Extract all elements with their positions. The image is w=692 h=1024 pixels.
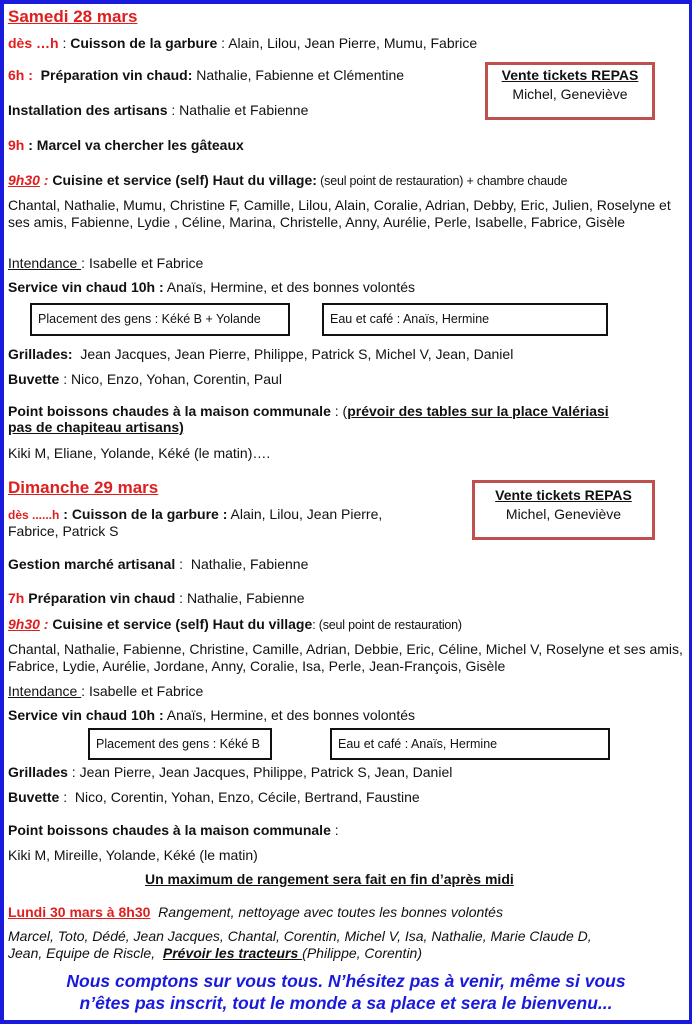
sun-cuisine-names: Chantal, Nathalie, Fabienne, Christine, …	[8, 641, 686, 674]
task-label: Préparation vin chaud:	[41, 67, 193, 83]
task-label: Installation des artisans	[8, 102, 168, 118]
names: : Nathalie et Fabienne	[168, 102, 309, 118]
names: Anaïs, Hermine, et des bonnes volontés	[164, 279, 415, 295]
sat-eau-cafe-box: Eau et café : Anaïs, Hermine	[322, 303, 608, 336]
tracteurs-note: Prévoir les tracteurs	[163, 945, 302, 961]
names: : Nathalie, Fabienne	[175, 556, 308, 572]
sun-buvette-line: Buvette : Nico, Corentin, Yohan, Enzo, C…	[8, 789, 420, 805]
time: 6h :	[8, 67, 33, 83]
names: : Jean Pierre, Jean Jacques, Philippe, P…	[68, 764, 452, 780]
ticket-names: Michel, Geneviève	[475, 506, 652, 522]
sep: :	[331, 822, 339, 838]
tracteurs-names: (Philippe, Corentin)	[302, 945, 422, 961]
sun-cuisine-line: 9h30 : Cuisine et service (self) Haut du…	[8, 616, 462, 632]
day-heading-monday: Lundi 30 mars à 8h30	[8, 904, 150, 920]
sat-vin-line: 6h : Préparation vin chaud: Nathalie, Fa…	[8, 67, 404, 83]
sep: :	[24, 137, 36, 153]
sun-intendance-line: Intendance : Isabelle et Fabrice	[8, 683, 203, 699]
note: pas de chapiteau artisans)	[8, 419, 184, 435]
sun-grillades-line: Grillades : Jean Pierre, Jean Jacques, P…	[8, 764, 452, 780]
task-label: Intendance	[8, 683, 81, 699]
monday-line: Lundi 30 mars à 8h30 Rangement, nettoyag…	[8, 904, 503, 920]
names: Anaïs, Hermine, et des bonnes volontés	[164, 707, 415, 723]
names: : Nathalie, Fabienne	[175, 590, 304, 606]
task-label: Cuisson de la garbure :	[72, 506, 228, 522]
ticket-box-saturday: Vente tickets REPAS Michel, Geneviève	[485, 62, 655, 120]
names: Alain, Lilou, Jean Pierre,	[227, 506, 382, 522]
task-label: Point boissons chaudes à la maison commu…	[8, 822, 331, 838]
task-label: Service vin chaud 10h :	[8, 707, 164, 723]
ticket-title: Vente tickets REPAS	[488, 67, 652, 83]
sun-boissons-line: Point boissons chaudes à la maison commu…	[8, 822, 339, 838]
note: (seul point de restauration) + chambre c…	[317, 174, 567, 188]
closing-line-2: n’êtes pas inscrit, tout le monde a sa p…	[0, 992, 692, 1014]
names: : Nico, Corentin, Yohan, Enzo, Cécile, B…	[59, 789, 419, 805]
note: : (seul point de restauration)	[312, 618, 462, 632]
names: : Isabelle et Fabrice	[81, 255, 203, 271]
sat-artisans-line: Installation des artisans : Nathalie et …	[8, 102, 308, 118]
ticket-names: Michel, Geneviève	[488, 86, 652, 102]
sep: :	[40, 172, 52, 188]
sat-buvette-line: Buvette : Nico, Enzo, Yohan, Corentin, P…	[8, 371, 282, 387]
sat-boissons-names: Kiki M, Eliane, Yolande, Kéké (le matin)…	[8, 445, 270, 461]
task-label: Buvette	[8, 789, 59, 805]
sat-placement-box: Placement des gens : Kéké B + Yolande	[30, 303, 290, 336]
day-heading-sunday: Dimanche 29 mars	[8, 478, 158, 498]
sun-marche-line: Gestion marché artisanal : Nathalie, Fab…	[8, 556, 308, 572]
sep: : (	[331, 403, 347, 419]
note: prévoir des tables sur la place Valérias…	[347, 403, 608, 419]
task-label: Point boissons chaudes à la maison commu…	[8, 403, 331, 419]
time: dès ......h	[8, 508, 59, 522]
monday-names-2: Jean, Equipe de Riscle, Prévoir les trac…	[8, 945, 422, 961]
time: 9h30	[8, 172, 40, 188]
time: 7h	[8, 590, 24, 606]
monday-desc: Rangement, nettoyage avec toutes les bon…	[150, 904, 503, 920]
sun-vin-line: 7h Préparation vin chaud : Nathalie, Fab…	[8, 590, 304, 606]
sun-garbure-line: dès ......h : Cuisson de la garbure : Al…	[8, 506, 382, 522]
sat-cuisine-names: Chantal, Nathalie, Mumu, Christine F, Ca…	[8, 197, 686, 230]
sat-boissons-note-2: pas de chapiteau artisans)	[8, 419, 184, 435]
names: Jean, Equipe de Riscle,	[8, 945, 163, 961]
task-label: Cuisine et service (self) Haut du villag…	[52, 616, 312, 632]
time: 9h	[8, 137, 24, 153]
closing-line-1: Nous comptons sur vous tous. N’hésitez p…	[0, 970, 692, 992]
time: 9h30	[8, 616, 40, 632]
sun-eau-cafe-box: Eau et café : Anaïs, Hermine	[330, 728, 610, 760]
task-label: Gestion marché artisanal	[8, 556, 175, 572]
ticket-title: Vente tickets REPAS	[475, 487, 652, 503]
names: Jean Jacques, Jean Pierre, Philippe, Pat…	[73, 346, 514, 362]
sat-boissons-line: Point boissons chaudes à la maison commu…	[8, 403, 609, 419]
time: dès …h	[8, 35, 59, 51]
task-label: Grillades	[8, 764, 68, 780]
task-label: Préparation vin chaud	[24, 590, 175, 606]
sat-garbure-line: dès …h : Cuisson de la garbure : Alain, …	[8, 35, 477, 51]
sat-cuisine-line: 9h30 : Cuisine et service (self) Haut du…	[8, 172, 567, 188]
names: : Alain, Lilou, Jean Pierre, Mumu, Fabri…	[217, 35, 477, 51]
sep: :	[59, 35, 71, 51]
sat-grillades-line: Grillades: Jean Jacques, Jean Pierre, Ph…	[8, 346, 513, 362]
sep: :	[59, 506, 71, 522]
names: Nathalie, Fabienne et Clémentine	[192, 67, 404, 83]
monday-names-1: Marcel, Toto, Dédé, Jean Jacques, Chanta…	[8, 928, 592, 944]
names: : Isabelle et Fabrice	[81, 683, 203, 699]
task-label: Buvette	[8, 371, 59, 387]
sun-garbure-line-2: Fabrice, Patrick S	[8, 523, 118, 539]
rangement-notice: Un maximum de rangement sera fait en fin…	[145, 871, 514, 887]
task-label: Marcel va chercher les gâteaux	[37, 137, 244, 153]
task-label: Grillades:	[8, 346, 73, 362]
sun-boissons-names: Kiki M, Mireille, Yolande, Kéké (le mati…	[8, 847, 258, 863]
task-label: Service vin chaud 10h :	[8, 279, 164, 295]
day-heading-saturday: Samedi 28 mars	[8, 7, 137, 27]
task-label: Cuisson de la garbure	[70, 35, 217, 51]
task-label: Intendance	[8, 255, 81, 271]
sat-intendance-line: Intendance : Isabelle et Fabrice	[8, 255, 203, 271]
ticket-box-sunday: Vente tickets REPAS Michel, Geneviève	[472, 480, 655, 540]
sep: :	[40, 616, 52, 632]
sat-service-vin-line: Service vin chaud 10h : Anaïs, Hermine, …	[8, 279, 415, 295]
sun-service-vin-line: Service vin chaud 10h : Anaïs, Hermine, …	[8, 707, 415, 723]
sat-gateaux-line: 9h : Marcel va chercher les gâteaux	[8, 137, 244, 153]
task-label: Cuisine et service (self) Haut du villag…	[52, 172, 317, 188]
sun-placement-box: Placement des gens : Kéké B	[88, 728, 272, 760]
names: : Nico, Enzo, Yohan, Corentin, Paul	[59, 371, 282, 387]
